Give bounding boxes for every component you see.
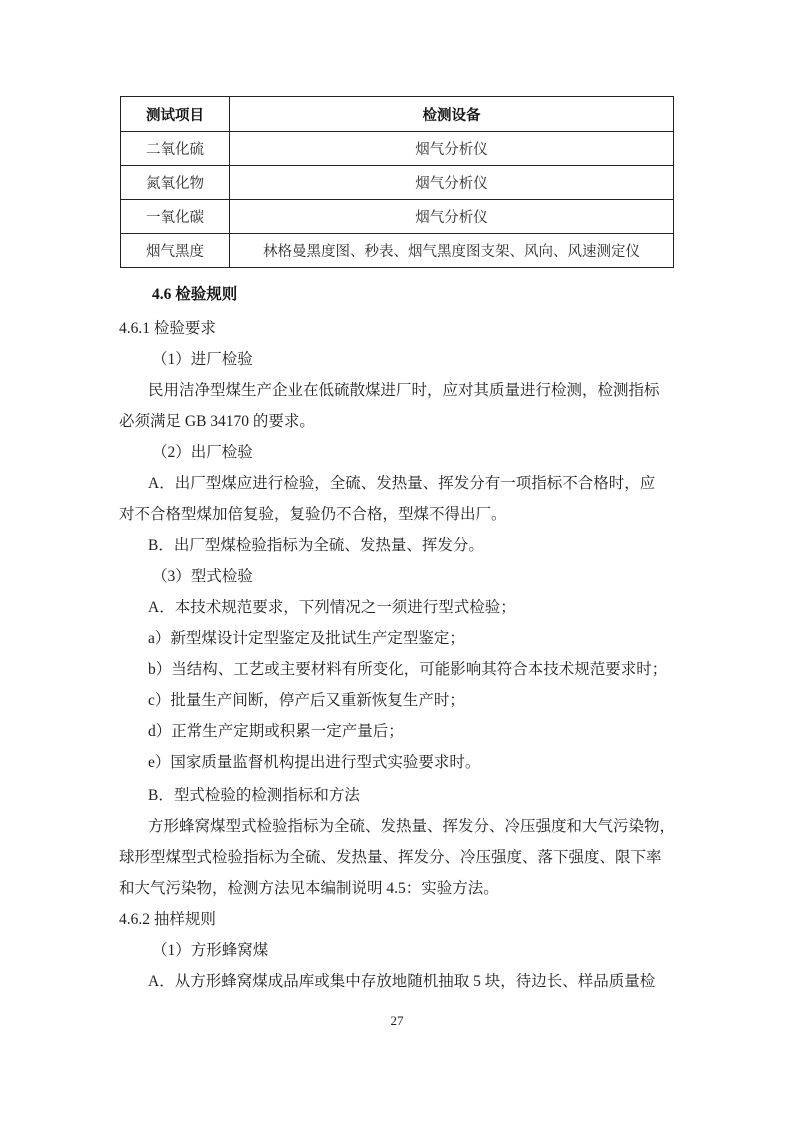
table-header-row: 测试项目 检测设备 [121, 97, 674, 132]
equipment-table: 测试项目 检测设备 二氧化硫 烟气分析仪 氮氧化物 烟气分析仪 一氧化碳 烟气分… [120, 96, 674, 268]
subsection-heading-462: 4.6.2 抽样规则 [119, 907, 216, 929]
table-row: 氮氧化物 烟气分析仪 [121, 166, 674, 200]
paragraph-text: 必须满足 GB 34170 的要求。 [119, 409, 315, 431]
paragraph-text: A．从方形蜂窝煤成品库或集中存放地随机抽取 5 块，待边长、样品质量检 [148, 969, 655, 991]
document-page: 测试项目 检测设备 二氧化硫 烟气分析仪 氮氧化物 烟气分析仪 一氧化碳 烟气分… [0, 0, 794, 1123]
cell-equipment: 烟气分析仪 [230, 166, 674, 200]
cell-test-item: 一氧化碳 [121, 200, 230, 234]
list-item: e）国家质量监督机构提出进行型式实验要求时。 [148, 750, 480, 772]
section-heading: 4.6 检验规则 [152, 282, 237, 304]
paragraph-text: A．本技术规范要求，下列情况之一须进行型式检验； [148, 595, 516, 617]
paragraph-title-incoming: （1）进厂检验 [152, 347, 253, 369]
header-test-item: 测试项目 [121, 97, 230, 132]
table-row: 一氧化碳 烟气分析仪 [121, 200, 674, 234]
cell-equipment: 烟气分析仪 [230, 132, 674, 166]
header-equipment: 检测设备 [230, 97, 674, 132]
cell-test-item: 烟气黑度 [121, 234, 230, 268]
paragraph-text: B．型式检验的检测指标和方法 [148, 783, 360, 805]
list-item: a）新型煤设计定型鉴定及批试生产定型鉴定； [148, 626, 465, 648]
cell-equipment: 烟气分析仪 [230, 200, 674, 234]
paragraph-text: 对不合格型煤加倍复验，复验仍不合格，型煤不得出厂。 [119, 502, 507, 524]
cell-equipment: 林格曼黑度图、秒表、烟气黑度图支架、风向、风速测定仪 [230, 234, 674, 268]
page-number: 27 [0, 1013, 794, 1029]
paragraph-text: 方形蜂窝煤型式检验指标为全硫、发热量、挥发分、冷压强度和大气污染物， [148, 814, 675, 836]
paragraph-title-outgoing: （2）出厂检验 [152, 440, 253, 462]
cell-test-item: 二氧化硫 [121, 132, 230, 166]
paragraph-text: 和大气污染物，检测方法见本编制说明 4.5：实验方法。 [119, 876, 499, 898]
subsection-heading-461: 4.6.1 检验要求 [119, 316, 216, 338]
paragraph-text: B．出厂型煤检验指标为全硫、发热量、挥发分。 [148, 533, 484, 555]
table-row: 烟气黑度 林格曼黑度图、秒表、烟气黑度图支架、风向、风速测定仪 [121, 234, 674, 268]
paragraph-text: 球形型煤型式检验指标为全硫、发热量、挥发分、冷压强度、落下强度、限下率 [119, 845, 662, 867]
list-item: b）当结构、工艺或主要材料有所变化，可能影响其符合本技术规范要求时； [148, 657, 667, 679]
list-item: c）批量生产间断，停产后又重新恢复生产时； [148, 688, 465, 710]
paragraph-text: A．出厂型煤应进行检验，全硫、发热量、挥发分有一项指标不合格时，应 [148, 471, 655, 493]
paragraph-title-honeycomb: （1）方形蜂窝煤 [152, 938, 268, 960]
paragraph-title-type-test: （3）型式检验 [152, 564, 253, 586]
table-row: 二氧化硫 烟气分析仪 [121, 132, 674, 166]
cell-test-item: 氮氧化物 [121, 166, 230, 200]
list-item: d）正常生产定期或积累一定产量后； [148, 719, 404, 741]
paragraph-text: 民用洁净型煤生产企业在低硫散煤进厂时，应对其质量进行检测，检测指标 [148, 378, 660, 400]
